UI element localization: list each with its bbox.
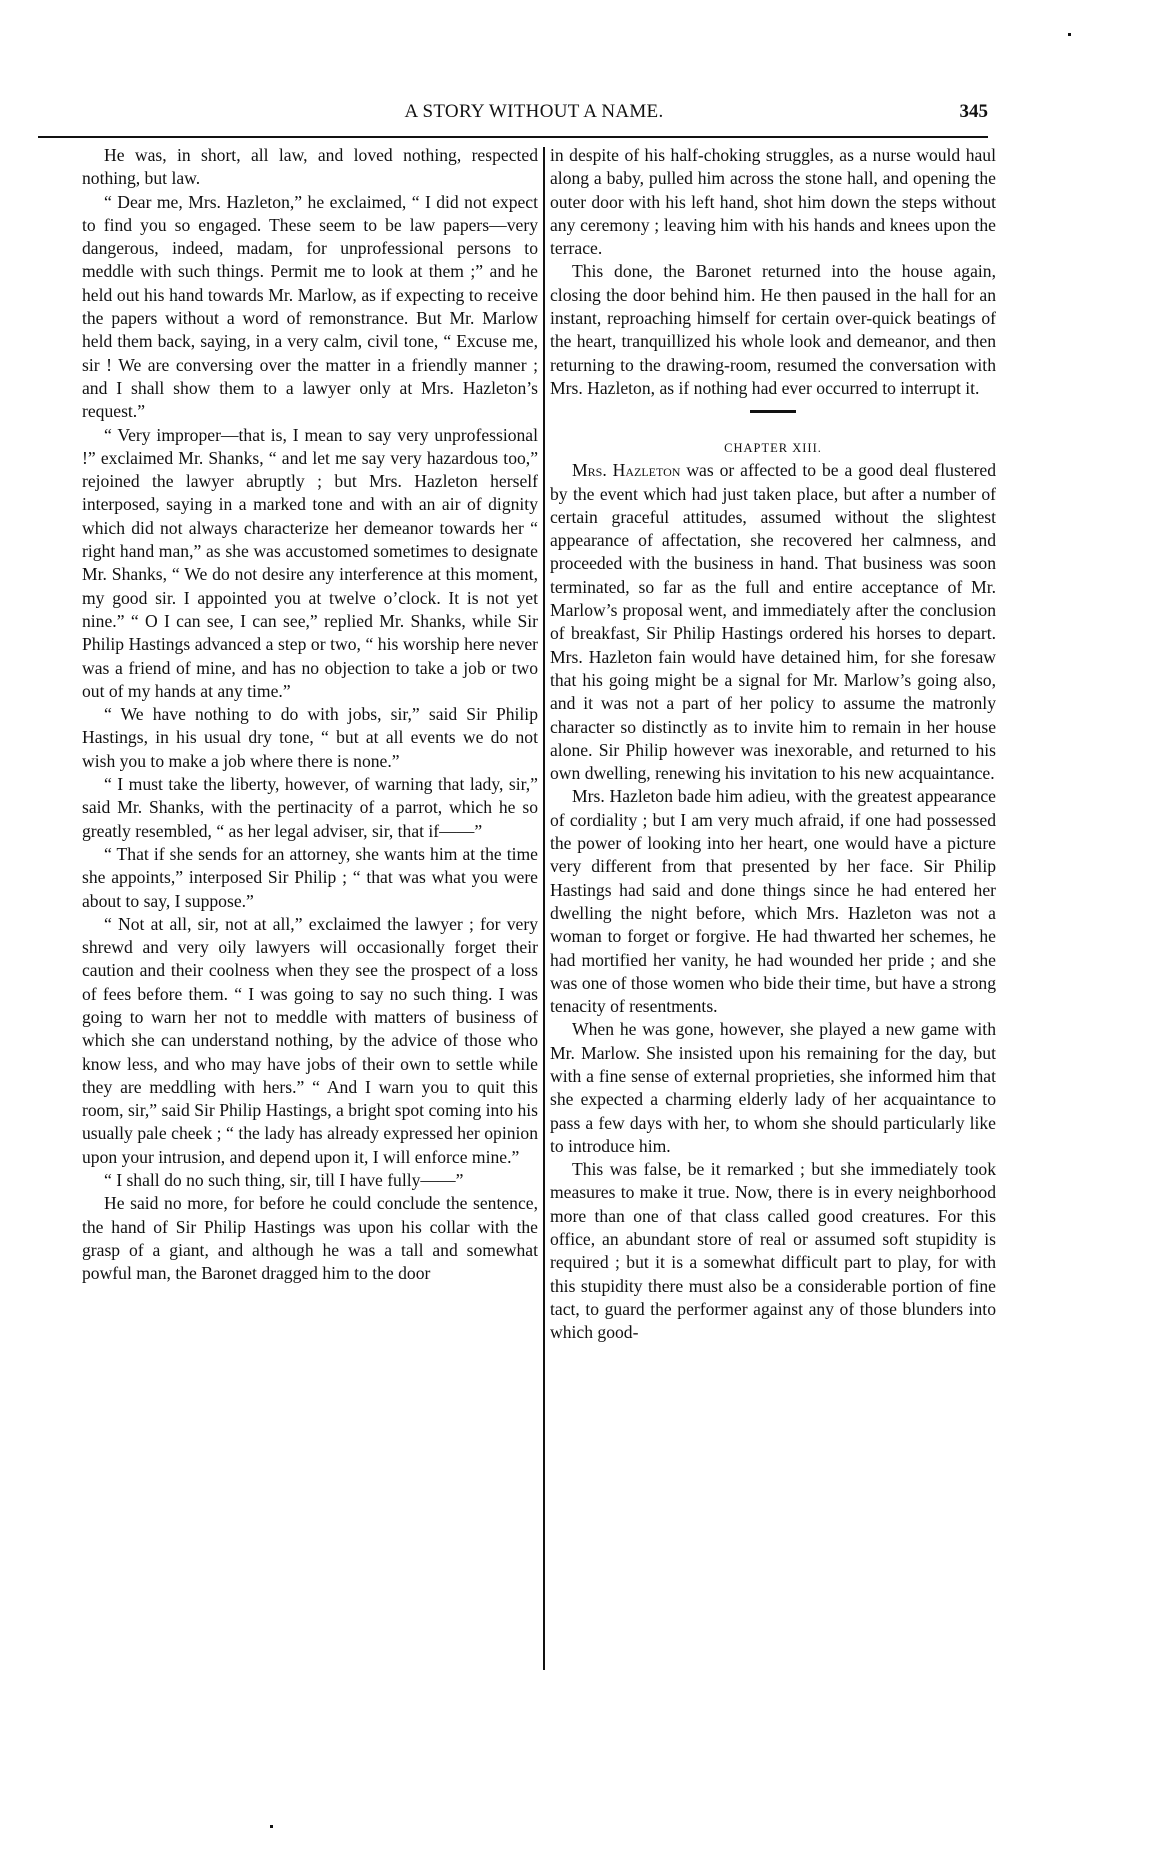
paragraph: “ We have nothing to do with jobs, sir,”…	[82, 703, 538, 773]
paragraph: “ That if she sends for an attorney, she…	[82, 843, 538, 913]
chapter-opening-paragraph: Mrs. Hazleton was or affected to be a go…	[550, 459, 996, 785]
paragraph: Mrs. Hazleton bade him adieu, with the g…	[550, 785, 996, 1018]
left-column: He was, in short, all law, and loved not…	[82, 144, 538, 1286]
column-divider	[543, 147, 545, 1670]
chapter-opening-text: was or affected to be a good deal fluste…	[550, 460, 996, 783]
header-rule	[38, 136, 988, 138]
paragraph: He was, in short, all law, and loved not…	[82, 144, 538, 191]
right-column: in despite of his half-choking struggles…	[550, 144, 996, 1345]
running-title: A STORY WITHOUT A NAME.	[80, 101, 988, 123]
paragraph: “ Not at all, sir, not at all,” exclaime…	[82, 913, 538, 1169]
chapter-heading: CHAPTER XIII.	[550, 439, 996, 457]
paragraph: “ I must take the liberty, however, of w…	[82, 773, 538, 843]
paragraph: He said no more, for before he could con…	[82, 1192, 538, 1285]
page-number: 345	[960, 101, 989, 123]
section-break-rule	[750, 410, 796, 413]
chapter-opening-smallcaps: Mrs. Hazleton	[572, 460, 680, 480]
scan-speck	[1068, 33, 1071, 36]
paragraph: This was false, be it remarked ; but she…	[550, 1158, 996, 1344]
scan-speck	[270, 1825, 273, 1828]
paragraph: “ Dear me, Mrs. Hazleton,” he exclaimed,…	[82, 191, 538, 424]
running-head: A STORY WITHOUT A NAME. 345	[80, 101, 988, 125]
paragraph: in despite of his half-choking struggles…	[550, 144, 996, 260]
paragraph: “ Very improper—that is, I mean to say v…	[82, 424, 538, 704]
paragraph: “ I shall do no such thing, sir, till I …	[82, 1169, 538, 1192]
paragraph: This done, the Baronet returned into the…	[550, 260, 996, 400]
paragraph: When he was gone, however, she played a …	[550, 1018, 996, 1158]
book-page: A STORY WITHOUT A NAME. 345 He was, in s…	[0, 0, 1176, 1850]
